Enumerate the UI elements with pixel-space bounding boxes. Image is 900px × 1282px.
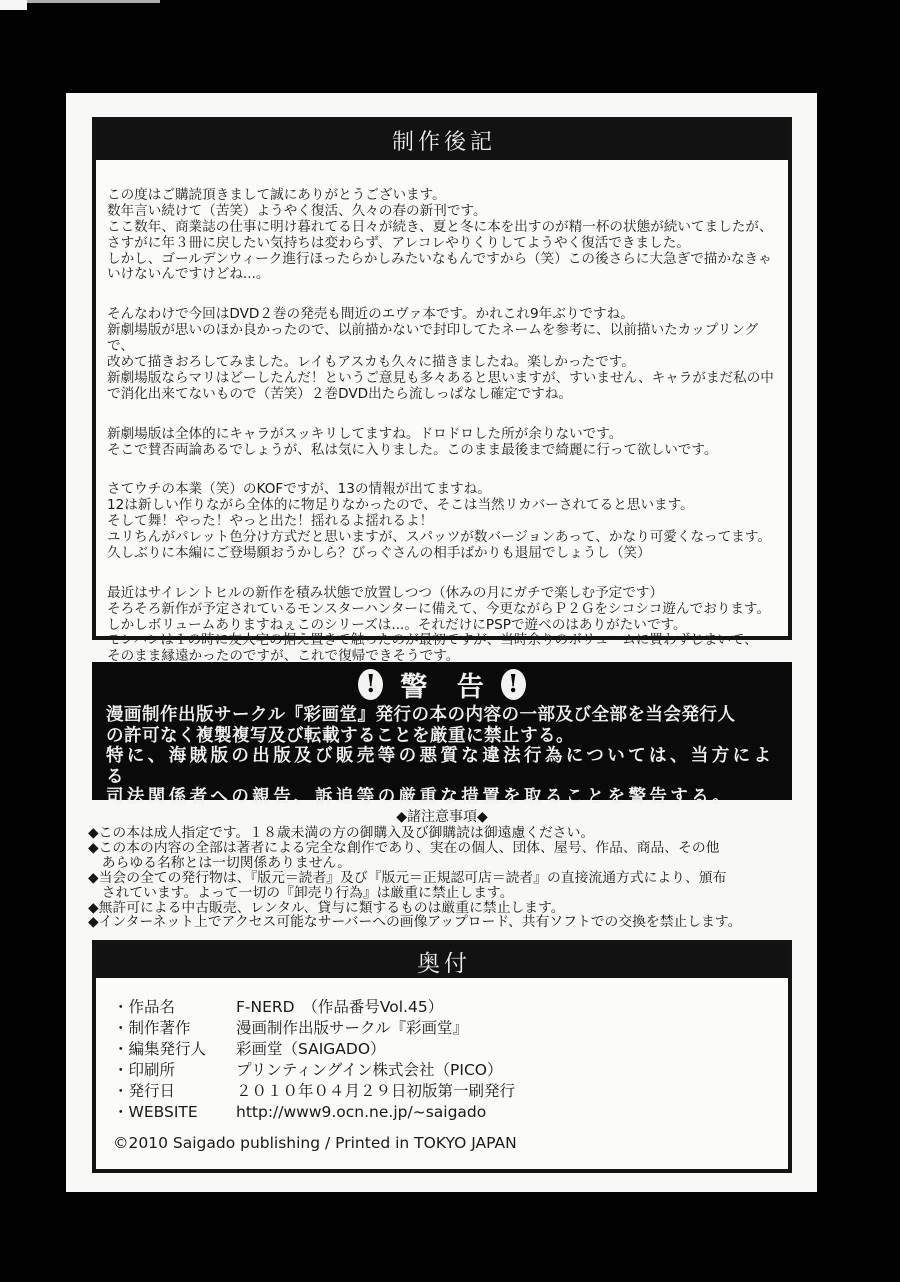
colophon-value: F-NERD （作品番号Vol.45） xyxy=(236,999,778,1015)
warning-text: 漫画制作出版サークル『彩画堂』発行の本の内容の一部及び全部を当会発行人 の許可な… xyxy=(92,705,792,808)
colophon-value: プリンティングイン株式会社（PICO） xyxy=(236,1062,778,1078)
colophon-label: ・印刷所 xyxy=(113,1062,236,1078)
notice-item: ◆当会の全ての発行物は、『版元＝読者』及び『版元＝正規認可店＝読者』の直接流通方… xyxy=(88,871,796,901)
colophon-row: ・作品名 F-NERD （作品番号Vol.45） xyxy=(113,999,778,1015)
afterword-title-bar: 制作後記 xyxy=(96,121,788,160)
warning-panel: ! 警 告 ! 漫画制作出版サークル『彩画堂』発行の本の内容の一部及び全部を当会… xyxy=(92,662,792,800)
colophon-label: ・WEBSITE xyxy=(113,1104,236,1120)
scan-corner-artifact xyxy=(0,0,27,10)
warning-title-row: ! 警 告 ! xyxy=(92,668,792,701)
exclamation-icon: ! xyxy=(358,669,383,700)
doujin-afterword-page: 制作後記 この度はご購読頂きまして誠にありがとうございます。 数年言い続けて（苦… xyxy=(66,93,817,1192)
colophon-title-bar: 奥付 xyxy=(96,944,788,978)
colophon-section: 奥付 ・作品名 F-NERD （作品番号Vol.45） ・制作著作 漫画制作出版… xyxy=(92,940,792,1173)
scanned-page-background: 制作後記 この度はご購読頂きまして誠にありがとうございます。 数年言い続けて（苦… xyxy=(0,0,900,1282)
afterword-title: 制作後記 xyxy=(392,125,496,156)
notice-item: ◆この本は成人指定です。１８歳未満の方の御購入及び御購読は御遠慮ください。 xyxy=(88,826,796,841)
afterword-paragraph: 最近はサイレントヒルの新作を積み状態で放置しつつ（休みの月にガチで楽しむ予定です… xyxy=(107,586,780,666)
afterword-paragraph: そんなわけで今回はDVD２巻の発売も間近のエヴァ本です。かれこれ9年ぶりですね。… xyxy=(107,307,780,402)
afterword-paragraph: さてウチの本業（笑）のKOFですが、13の情報が出てますね。 12は新しい作りな… xyxy=(107,482,780,562)
colophon-row: ・編集発行人 彩画堂（SAIGADO） xyxy=(113,1041,778,1057)
afterword-paragraph: この度はご購読頂きまして誠にありがとうございます。 数年言い続けて（苦笑）ようや… xyxy=(107,188,780,283)
afterword-paragraph: 新劇場版は全体的にキャラがスッキリしてますね。ドロドロした所が余りないです。 そ… xyxy=(107,427,780,459)
afterword-body: この度はご購読頂きまして誠にありがとうございます。 数年言い続けて（苦笑）ようや… xyxy=(96,160,788,745)
copyright-line: ©2010 Saigado publishing / Printed in TO… xyxy=(113,1134,778,1152)
colophon-value: ２０１０年０４月２９日初版第一刷発行 xyxy=(236,1083,778,1099)
colophon-label: ・発行日 xyxy=(113,1083,236,1099)
colophon-value: 漫画制作出版サークル『彩画堂』 xyxy=(236,1020,778,1036)
warning-line: の許可なく複製複写及び転載することを厳重に禁止する。 xyxy=(106,726,778,747)
colophon-row: ・制作著作 漫画制作出版サークル『彩画堂』 xyxy=(113,1020,778,1036)
colophon-label: ・制作著作 xyxy=(113,1020,236,1036)
notices-heading: ◆諸注意事項◆ xyxy=(88,810,796,825)
notice-item: ◆インターネット上でアクセス可能なサーバーへの画像アップロード、共有ソフトでの交… xyxy=(88,915,796,930)
colophon-value: http://www9.ocn.ne.jp/~saigado xyxy=(236,1104,778,1120)
warning-line: 司法関係者への親告、訴追等の厳重な措置を取ることを警告する。 xyxy=(106,787,778,808)
notice-item: ◆この本の内容の全部は著者による完全な創作であり、実在の個人、団体、屋号、作品、… xyxy=(88,841,796,871)
colophon-row: ・発行日 ２０１０年０４月２９日初版第一刷発行 xyxy=(113,1083,778,1099)
colophon-row: ・WEBSITE http://www9.ocn.ne.jp/~saigado xyxy=(113,1104,778,1120)
warning-line: 漫画制作出版サークル『彩画堂』発行の本の内容の一部及び全部を当会発行人 xyxy=(106,705,778,726)
notices-section: ◆諸注意事項◆ ◆この本は成人指定です。１８歳未満の方の御購入及び御購読は御遠慮… xyxy=(88,810,796,930)
colophon-value: 彩画堂（SAIGADO） xyxy=(236,1041,778,1057)
colophon-label: ・作品名 xyxy=(113,999,236,1015)
colophon-title: 奥付 xyxy=(417,945,471,978)
warning-title: 警 告 xyxy=(390,665,493,704)
colophon-label: ・編集発行人 xyxy=(113,1041,236,1057)
warning-line: 特に、海賊版の出版及び販売等の悪質な違法行為については、当方による xyxy=(106,746,778,787)
colophon-body: ・作品名 F-NERD （作品番号Vol.45） ・制作著作 漫画制作出版サーク… xyxy=(96,978,788,1152)
exclamation-icon: ! xyxy=(501,669,526,700)
colophon-row: ・印刷所 プリンティングイン株式会社（PICO） xyxy=(113,1062,778,1078)
afterword-section: 制作後記 この度はご購読頂きまして誠にありがとうございます。 数年言い続けて（苦… xyxy=(92,117,792,640)
